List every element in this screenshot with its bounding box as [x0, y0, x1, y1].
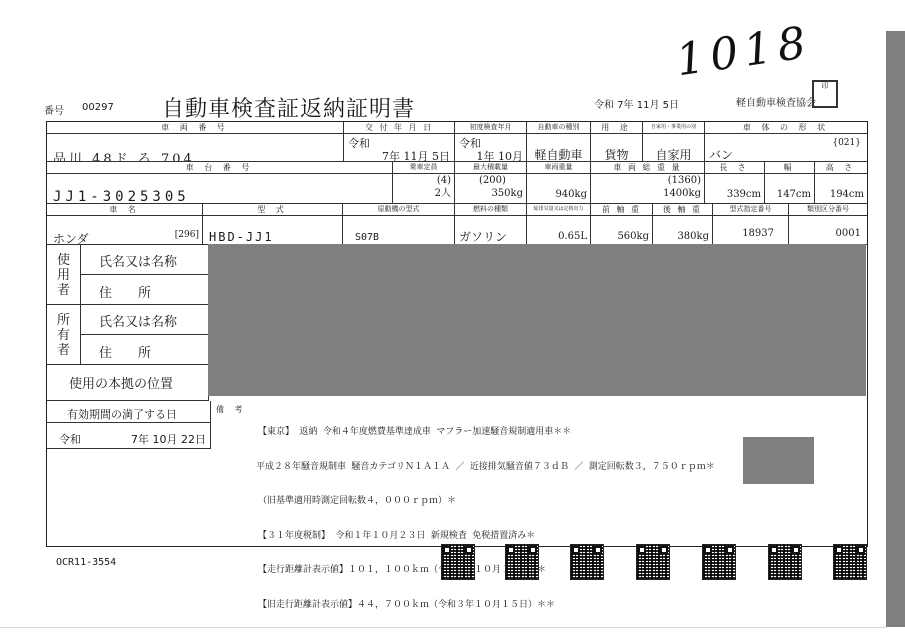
- gross-weight: 1400kg: [591, 187, 701, 200]
- header-vehicle-type: 自動車の種別: [527, 122, 591, 134]
- rear-axle-weight: 380kg: [653, 216, 713, 245]
- usage: 貨物: [591, 134, 643, 162]
- qr-code-icon: [702, 544, 736, 580]
- qr-code-icon: [505, 544, 539, 580]
- chassis-number: JJ1-3025305: [47, 174, 393, 204]
- engine-model: S07B: [343, 216, 455, 245]
- expiry-date: 7年 10月 22日: [131, 431, 206, 447]
- header-model: 型 式: [203, 204, 343, 216]
- qr-code-icon: [768, 544, 802, 580]
- official-seal-icon: 印: [812, 80, 838, 108]
- certificate-issue-date: 令和 7年 11月 5日: [594, 96, 679, 111]
- user-address-label: 住 所: [81, 275, 209, 305]
- redacted-stamp: [743, 437, 814, 484]
- header-displacement: 総排気量又は定格出力: [527, 204, 591, 216]
- max-load-paren: (200): [455, 174, 526, 187]
- expiry-era: 令和: [59, 431, 81, 447]
- body-shape: バン: [709, 146, 733, 162]
- vehicle-name-cell: ホンダ [296]: [47, 216, 203, 245]
- category-number: 0001: [789, 216, 867, 245]
- document-title: 自動車検査証返納証明書: [162, 92, 415, 123]
- owner-label: 所有者: [47, 305, 81, 365]
- issuer-name: 軽自動車検査協会: [736, 94, 816, 109]
- first-registration-cell: 令和 1年 10月: [455, 134, 527, 162]
- type-designation-number: 18937: [713, 216, 789, 245]
- header-body-shape: 車 体 の 形 状: [705, 122, 867, 134]
- max-load-cell: (200) 350kg: [455, 174, 527, 204]
- model: HBD-JJ1: [203, 216, 343, 245]
- handwritten-number: 1018: [673, 17, 815, 86]
- remarks-text: 【東京】 返納 令和４年度燃費基準達成車 マフラー加速騒音規制適用車＊＊ 平成２…: [258, 404, 715, 623]
- issue-date-cell: 令和 7年 11月 5日: [344, 134, 455, 162]
- header-category-number: 類別区分番号: [789, 204, 867, 216]
- user-name-label: 氏名又は名称: [81, 245, 209, 275]
- capacity-paren: (4): [393, 174, 451, 187]
- header-capacity: 乗車定員: [393, 162, 455, 174]
- header-rear-axle: 後 軸 重: [653, 204, 713, 216]
- redacted-personal-info: [208, 244, 866, 396]
- header-usage: 用 途: [591, 122, 643, 134]
- header-private-commercial: 自家用・事業用の別: [643, 122, 705, 134]
- body-shape-code: {021}: [832, 138, 861, 148]
- width: 147cm: [765, 174, 815, 204]
- length: 339cm: [705, 174, 765, 204]
- header-vehicle-weight: 車両重量: [527, 162, 591, 174]
- vehicle-type: 軽自動車: [527, 134, 591, 162]
- header-type-designation: 型式指定番号: [713, 204, 789, 216]
- issue-era: 令和: [348, 135, 370, 151]
- body-shape-cell: バン {021}: [705, 134, 867, 162]
- header-vehicle-name: 車 名: [47, 204, 203, 216]
- vehicle-weight: 940kg: [527, 174, 591, 204]
- qr-code-icon: [636, 544, 670, 580]
- header-gross-weight: 車 両 総 重 量: [591, 162, 705, 174]
- header-chassis-number: 車 台 番 号: [47, 162, 393, 174]
- ocr-code: OCR11-3554: [56, 557, 116, 568]
- header-width: 幅: [765, 162, 815, 174]
- header-engine-model: 原動機の型式: [343, 204, 455, 216]
- max-load: 350kg: [455, 187, 526, 200]
- doc-number: 00297: [82, 102, 114, 113]
- header-height: 高 さ: [815, 162, 867, 174]
- owner-address-label: 住 所: [81, 335, 209, 365]
- expiry-label: 有効期間の満了する日: [47, 401, 211, 423]
- doc-number-label: 番号: [44, 102, 64, 117]
- capacity: 2人: [393, 187, 451, 200]
- front-axle-weight: 560kg: [591, 216, 653, 245]
- vehicle-name: ホンダ: [53, 230, 89, 245]
- qr-code-icon: [441, 544, 475, 580]
- qr-code-icon: [570, 544, 604, 580]
- displacement: 0.65L: [527, 216, 591, 245]
- vehicle-name-code: [296]: [175, 230, 199, 240]
- page-edge: [0, 627, 886, 628]
- issue-date: 7年 11月 5日: [382, 148, 450, 162]
- gross-weight-cell: (1360) 1400kg: [591, 174, 705, 204]
- header-length: 長 さ: [705, 162, 765, 174]
- header-max-load: 最大積載量: [455, 162, 527, 174]
- remarks-label: 備 考: [216, 404, 247, 415]
- scan-edge-strip: [886, 31, 905, 627]
- fuel-type: ガソリン: [455, 216, 527, 245]
- header-front-axle: 前 軸 重: [591, 204, 653, 216]
- gross-weight-paren: (1360): [591, 174, 701, 187]
- qr-code-icon: [833, 544, 867, 580]
- header-issue-date: 交 付 年 月 日: [344, 122, 455, 134]
- remarks-line: 【旧走行距離計表示値】４４，７００ｋｍ（令和３年１０月１５日）＊＊: [258, 600, 715, 612]
- header-fuel-type: 燃料の種類: [455, 204, 527, 216]
- plate-number: 品川 48ド ろ 704: [47, 134, 344, 162]
- remarks-line: 【３１年度税制】 令和１年１０月２３日 新規検査 免税措置済み＊: [258, 531, 715, 543]
- private-commercial: 自家用: [643, 134, 705, 162]
- remarks-line: 【東京】 返納 令和４年度燃費基準達成車 マフラー加速騒音規制適用車＊＊: [258, 427, 715, 439]
- remarks-line: （旧基準適用時測定回転数４，０００ｒｐｍ）＊: [258, 496, 715, 508]
- owner-name-label: 氏名又は名称: [81, 305, 209, 335]
- capacity-cell: (4) 2人: [393, 174, 455, 204]
- user-label: 使用者: [47, 245, 81, 305]
- first-registration: 1年 10月: [477, 148, 524, 162]
- base-location-label: 使用の本拠の位置: [47, 365, 209, 401]
- header-plate-number: 車 両 番 号: [47, 122, 344, 134]
- expiry-date-cell: 令和 7年 10月 22日: [47, 423, 211, 449]
- header-first-registration: 初度検査年月: [455, 122, 527, 134]
- remarks-line: 平成２８年騒音規制車 騒音カテゴリＮ１Ａ１Ａ ／ 近接排気騒音値７３ｄＢ ／ 測…: [256, 462, 715, 474]
- height: 194cm: [815, 174, 867, 204]
